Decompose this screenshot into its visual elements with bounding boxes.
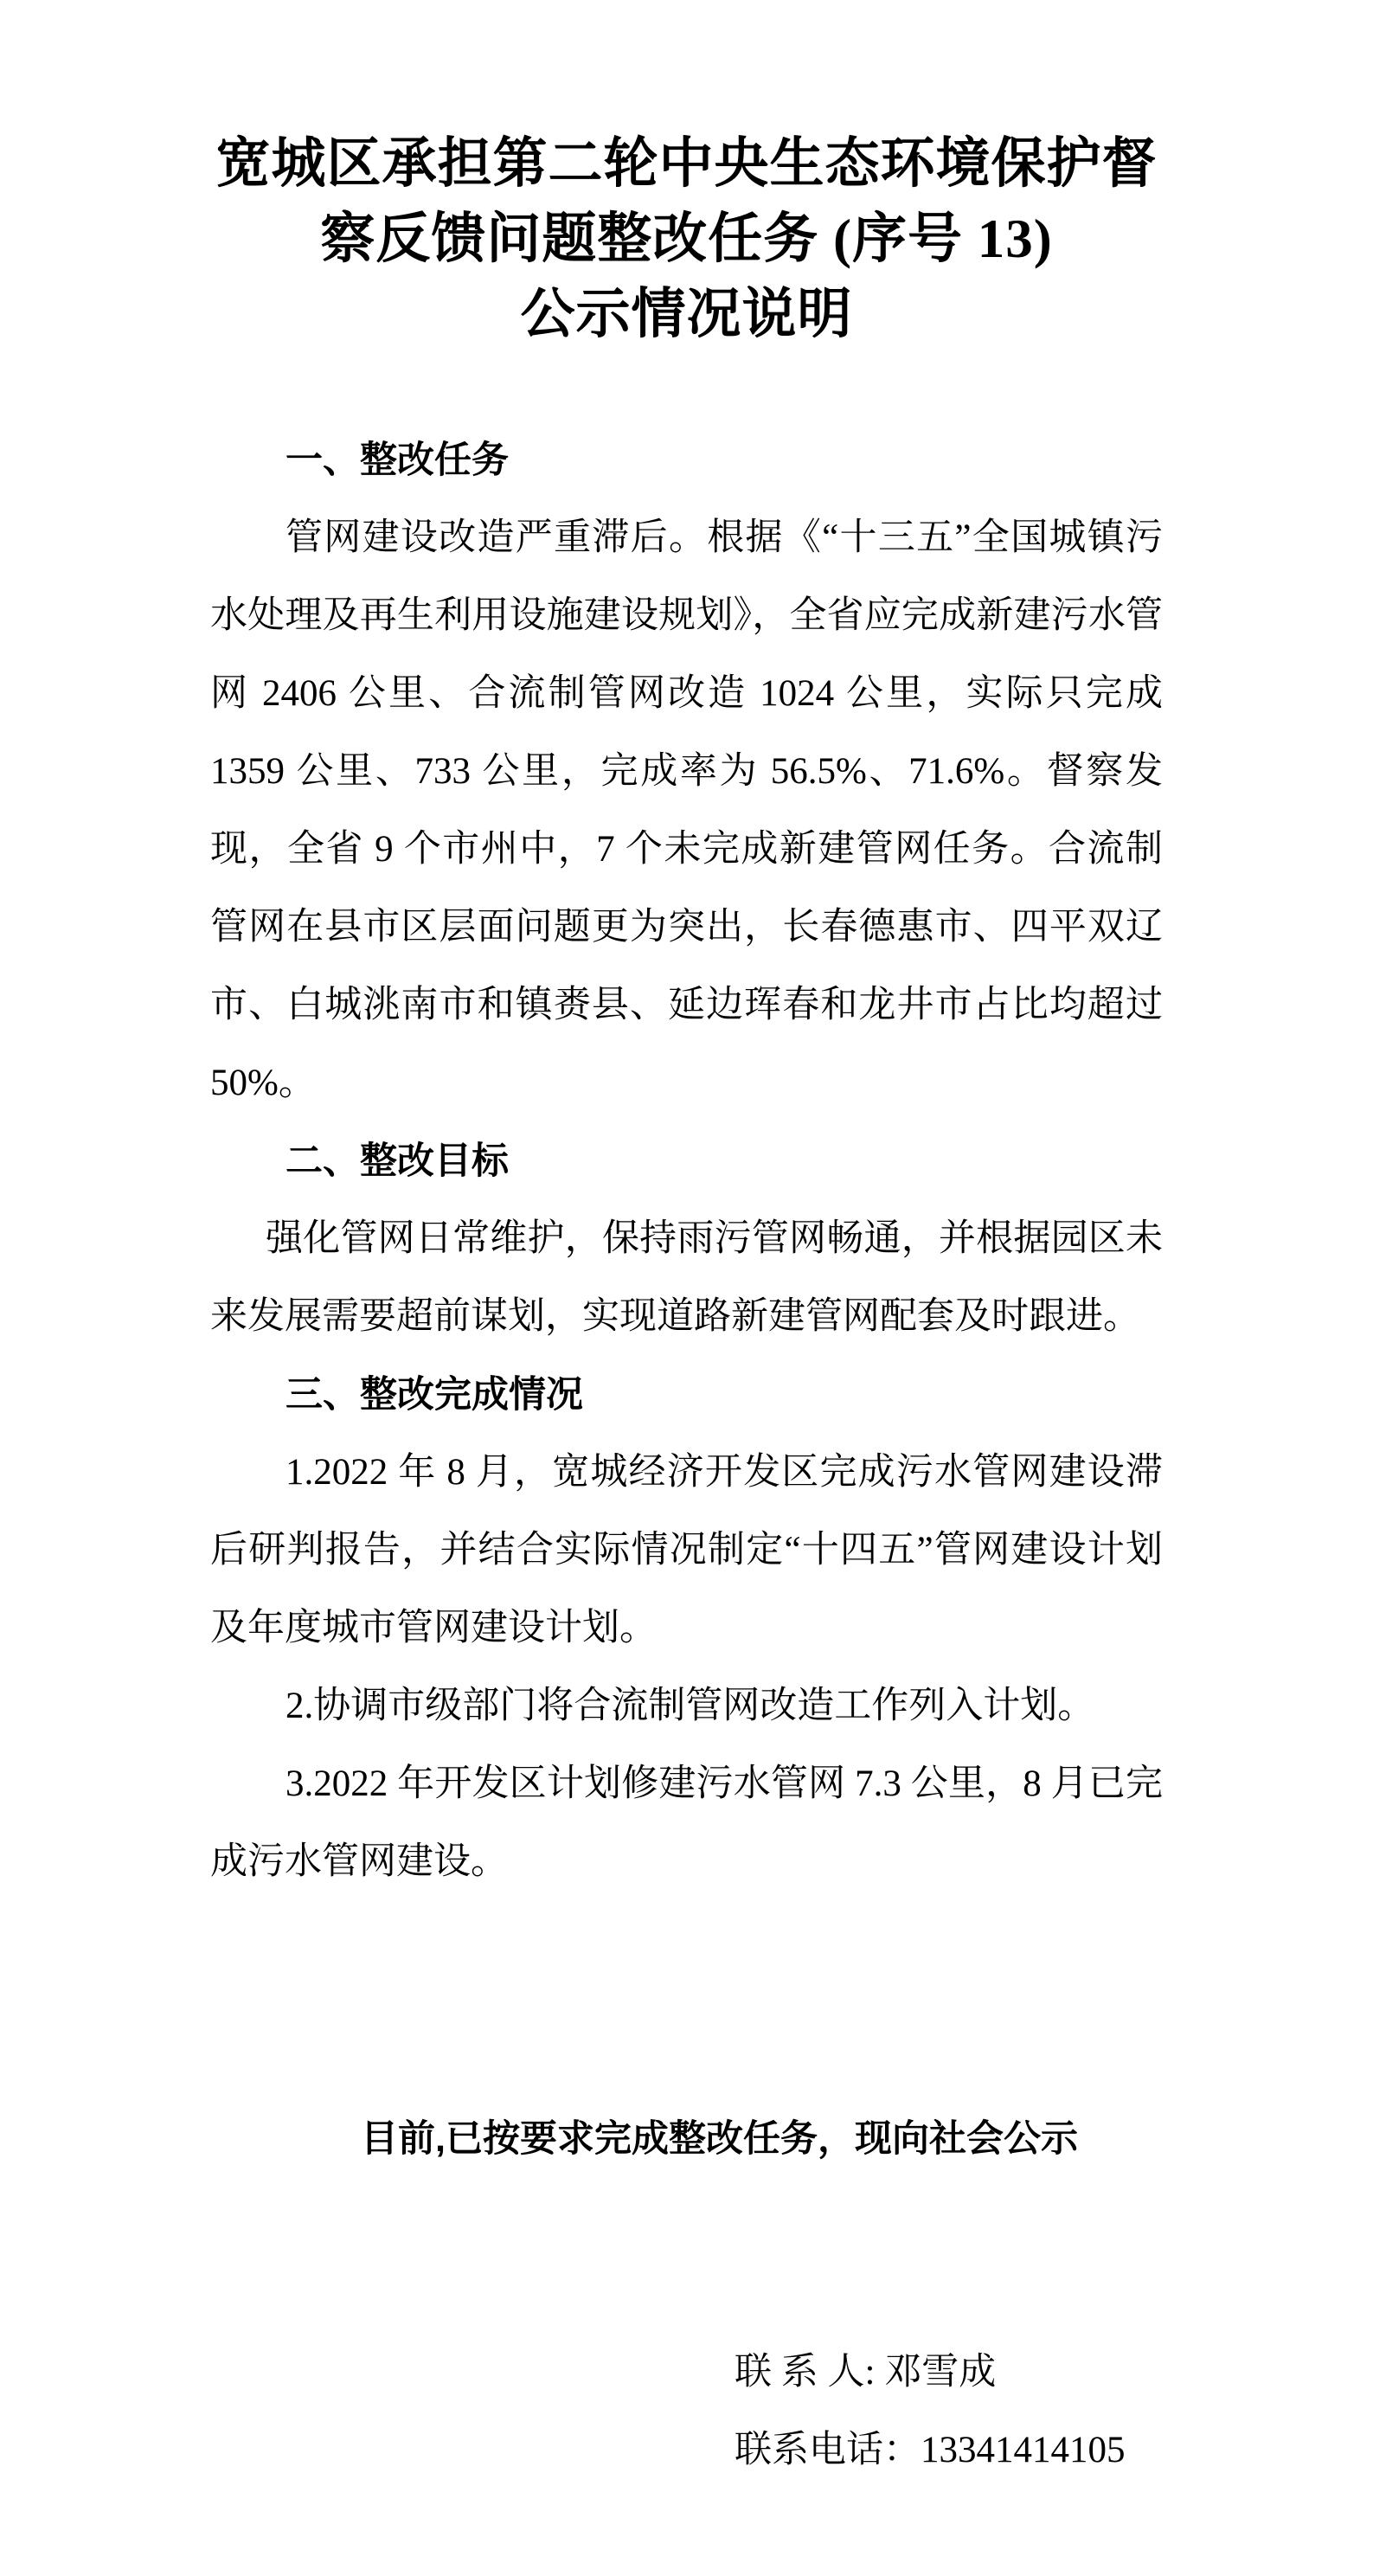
contact-phone-line: 联系电话：13341414105 [735,2412,1163,2489]
title-line-2: 察反馈问题整改任务 (序号 13) [210,202,1163,277]
section-1-paragraph-1: 管网建设改造严重滞后。根据《“十三五”全国城镇污水处理及再生利用设施建设规划》，… [210,499,1163,1122]
section-2-heading: 二、整改目标 [210,1122,1163,1200]
section-3-paragraph-2: 2.协调市级部门将合流制管网改造工作列入计划。 [210,1667,1163,1745]
title-line-3: 公示情况说明 [210,277,1163,352]
section-3-paragraph-3: 3.2022 年开发区计划修建污水管网 7.3 公里，8 月已完成污水管网建设。 [210,1745,1163,1901]
document-page: 宽城区承担第二轮中央生态环境保护督 察反馈问题整改任务 (序号 13) 公示情况… [0,0,1373,2576]
contact-person-name: 邓雪成 [884,2352,996,2393]
section-3-heading: 三、整改完成情况 [210,1356,1163,1434]
section-1-heading: 一、整改任务 [210,421,1163,499]
closing-statement: 目前,已按要求完成整改任务，现向社会公示 [210,2100,1163,2178]
contact-phone-label: 联系电话： [735,2430,921,2470]
section-3-paragraph-1: 1.2022 年 8 月，宽城经济开发区完成污水管网建设滞后研判报告，并结合实际… [210,1434,1163,1667]
document-title: 宽城区承担第二轮中央生态环境保护督 察反馈问题整改任务 (序号 13) 公示情况… [210,126,1163,352]
contact-person-line: 联 系 人: 邓雪成 [735,2334,1163,2412]
section-2-paragraph-1: 强化管网日常维护，保持雨污管网畅通，并根据园区未来发展需要超前谋划，实现道路新建… [210,1200,1163,1356]
document-body: 一、整改任务 管网建设改造严重滞后。根据《“十三五”全国城镇污水处理及再生利用设… [210,421,1163,2489]
contact-block: 联 系 人: 邓雪成 联系电话：13341414105 [210,2334,1163,2489]
contact-person-label: 联 系 人: [735,2352,884,2393]
title-line-1: 宽城区承担第二轮中央生态环境保护督 [210,126,1163,202]
contact-phone-number: 13341414105 [921,2430,1126,2470]
